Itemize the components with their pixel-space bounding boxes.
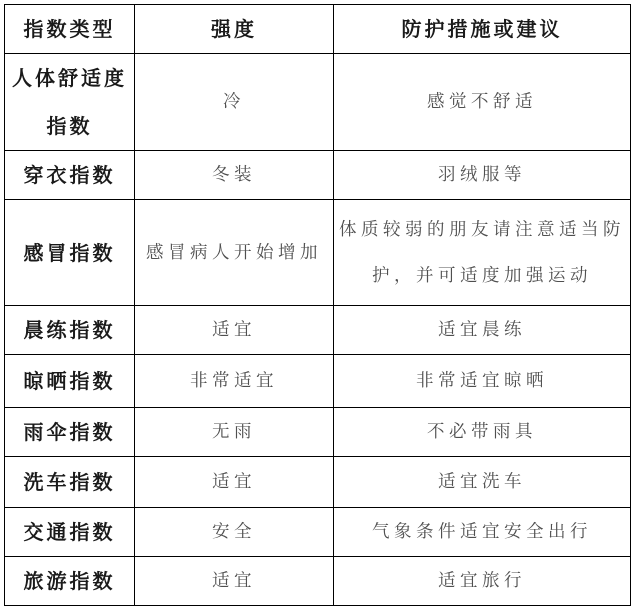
- intensity-cell: 冬装: [135, 151, 334, 200]
- index-type-cell: 人体舒适度指数: [5, 54, 135, 151]
- column-header-advice: 防护措施或建议: [334, 5, 631, 54]
- table-row-comfort-index: 人体舒适度指数 冷 感觉不舒适: [5, 54, 631, 151]
- advice-cell: 适宜洗车: [334, 457, 631, 508]
- column-header-index-type: 指数类型: [5, 5, 135, 54]
- index-type-cell: 雨伞指数: [5, 408, 135, 457]
- advice-cell: 羽绒服等: [334, 151, 631, 200]
- index-type-cell: 感冒指数: [5, 200, 135, 306]
- intensity-cell: 适宜: [135, 306, 334, 355]
- advice-cell: 感觉不舒适: [334, 54, 631, 151]
- intensity-cell: 安全: [135, 508, 334, 557]
- advice-cell: 非常适宜晾晒: [334, 355, 631, 408]
- intensity-cell: 冷: [135, 54, 334, 151]
- table-row-car-wash-index: 洗车指数 适宜 适宜洗车: [5, 457, 631, 508]
- index-type-cell: 旅游指数: [5, 557, 135, 606]
- table-row-dressing-index: 穿衣指数 冬装 羽绒服等: [5, 151, 631, 200]
- table-row-travel-index: 旅游指数 适宜 适宜旅行: [5, 557, 631, 606]
- advice-cell: 适宜晨练: [334, 306, 631, 355]
- table-row-traffic-index: 交通指数 安全 气象条件适宜安全出行: [5, 508, 631, 557]
- index-type-cell: 晾晒指数: [5, 355, 135, 408]
- table-header-row: 指数类型 强度 防护措施或建议: [5, 5, 631, 54]
- life-index-table-container: 指数类型 强度 防护措施或建议 人体舒适度指数 冷 感觉不舒适 穿衣指数 冬装 …: [4, 4, 631, 606]
- table-row-cold-index: 感冒指数 感冒病人开始增加 体质较弱的朋友请注意适当防护，并可适度加强运动: [5, 200, 631, 306]
- life-index-table: 指数类型 强度 防护措施或建议 人体舒适度指数 冷 感觉不舒适 穿衣指数 冬装 …: [4, 4, 631, 606]
- intensity-cell: 无雨: [135, 408, 334, 457]
- advice-cell: 适宜旅行: [334, 557, 631, 606]
- intensity-cell: 适宜: [135, 457, 334, 508]
- index-type-cell: 穿衣指数: [5, 151, 135, 200]
- intensity-cell: 适宜: [135, 557, 334, 606]
- index-type-cell: 晨练指数: [5, 306, 135, 355]
- intensity-cell: 非常适宜: [135, 355, 334, 408]
- advice-cell: 体质较弱的朋友请注意适当防护，并可适度加强运动: [334, 200, 631, 306]
- table-row-drying-index: 晾晒指数 非常适宜 非常适宜晾晒: [5, 355, 631, 408]
- table-row-umbrella-index: 雨伞指数 无雨 不必带雨具: [5, 408, 631, 457]
- index-type-cell: 交通指数: [5, 508, 135, 557]
- column-header-intensity: 强度: [135, 5, 334, 54]
- advice-cell: 气象条件适宜安全出行: [334, 508, 631, 557]
- advice-cell: 不必带雨具: [334, 408, 631, 457]
- intensity-cell: 感冒病人开始增加: [135, 200, 334, 306]
- table-row-morning-exercise-index: 晨练指数 适宜 适宜晨练: [5, 306, 631, 355]
- index-type-cell: 洗车指数: [5, 457, 135, 508]
